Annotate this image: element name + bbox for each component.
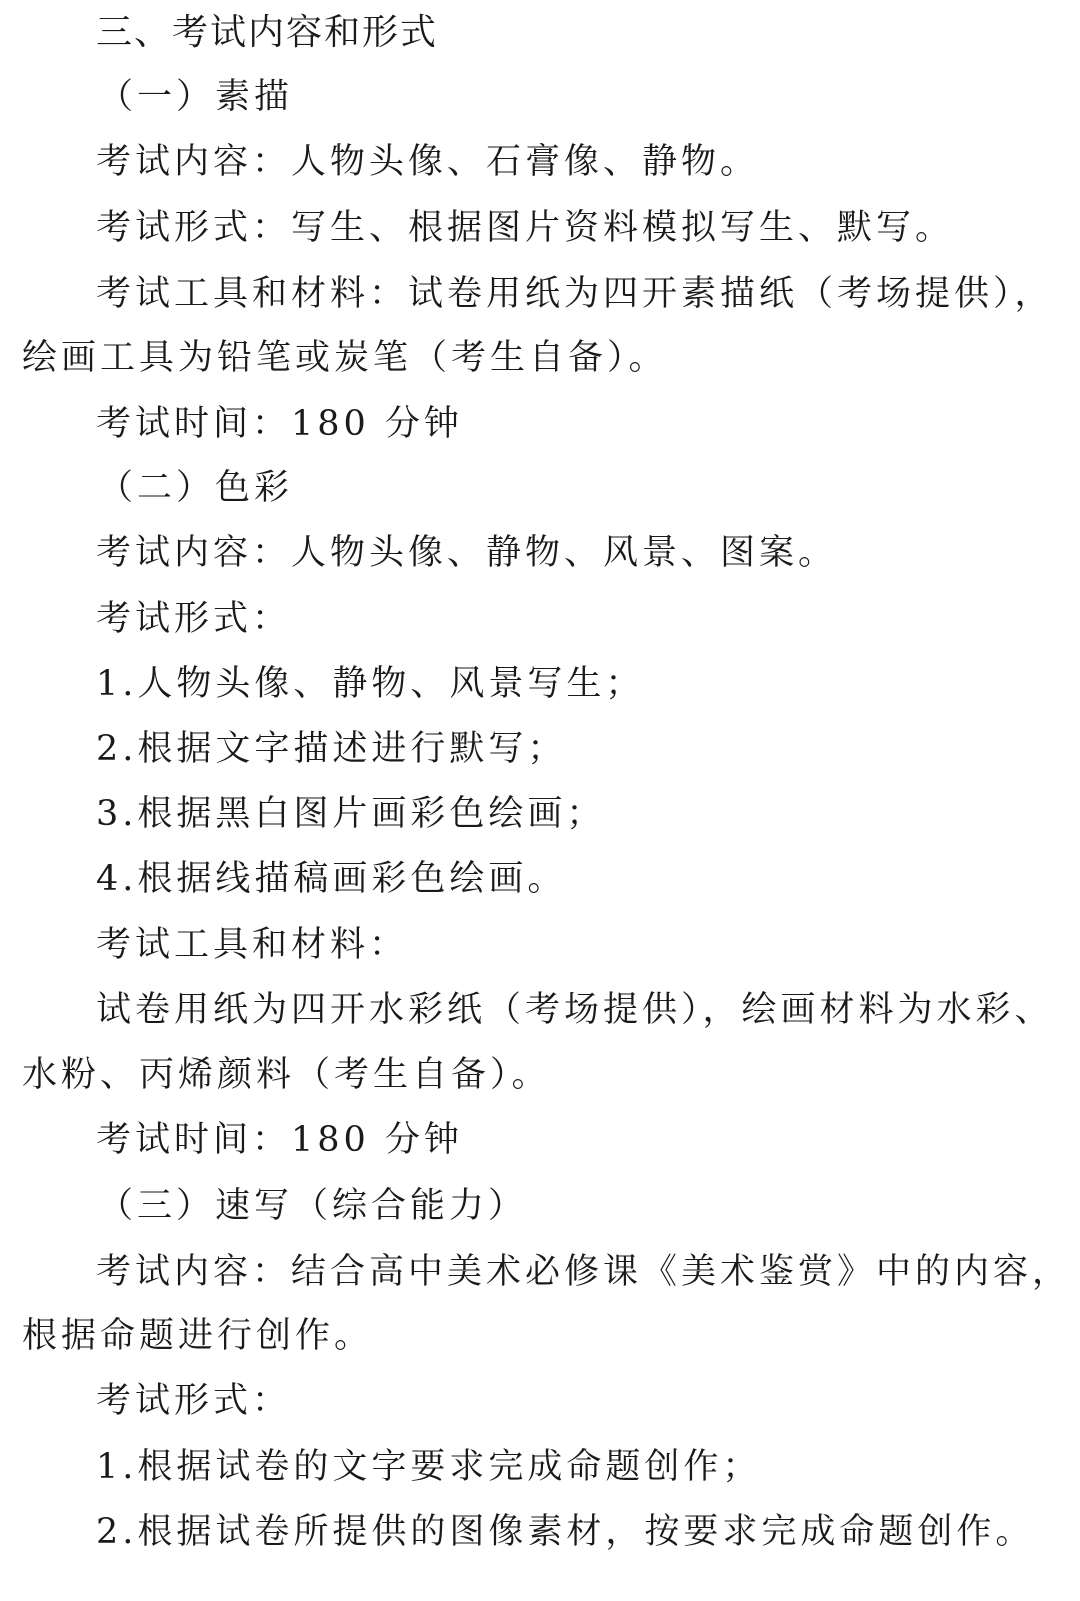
part-1-tools-line-2: 绘画工具为铅笔或炭笔（考生自备）。: [0, 326, 1080, 391]
part-3-form-label: 考试形式：: [0, 1369, 1080, 1434]
part-1-time: 考试时间：180 分钟: [0, 392, 1080, 457]
part-1-heading: （一）素描: [0, 65, 1080, 130]
part-3-content-line-1: 考试内容：结合高中美术必修课《美术鉴赏》中的内容，: [0, 1240, 1080, 1305]
part-1-tools-line-1: 考试工具和材料：试卷用纸为四开素描纸（考场提供），: [0, 262, 1080, 327]
part-2-tools-line-1: 试卷用纸为四开水彩纸（考场提供），绘画材料为水彩、: [0, 978, 1080, 1043]
part-2-time: 考试时间：180 分钟: [0, 1108, 1080, 1173]
part-2-form-item: 1.人物头像、静物、风景写生；: [0, 652, 1080, 717]
part-2-form-item: 3.根据黑白图片画彩色绘画；: [0, 782, 1080, 847]
part-2-heading: （二）色彩: [0, 456, 1080, 521]
section-title: 三、考试内容和形式: [0, 0, 1080, 65]
part-3-form-item: 2.根据试卷所提供的图像素材，按要求完成命题创作。: [0, 1500, 1080, 1565]
part-2-tools-label: 考试工具和材料：: [0, 913, 1080, 978]
part-2-tools-line-2: 水粉、丙烯颜料（考生自备）。: [0, 1043, 1080, 1108]
part-2-form-item: 2.根据文字描述进行默写；: [0, 717, 1080, 782]
part-3-content-line-2: 根据命题进行创作。: [0, 1304, 1080, 1369]
part-3-form-item: 1.根据试卷的文字要求完成命题创作；: [0, 1435, 1080, 1500]
part-1-form: 考试形式：写生、根据图片资料模拟写生、默写。: [0, 196, 1080, 261]
part-1-content: 考试内容：人物头像、石膏像、静物。: [0, 130, 1080, 195]
part-3-heading: （三）速写（综合能力）: [0, 1174, 1080, 1239]
document-page: 三、考试内容和形式 （一）素描 考试内容：人物头像、石膏像、静物。 考试形式：写…: [0, 0, 1080, 1601]
part-2-form-label: 考试形式：: [0, 587, 1080, 652]
part-2-content: 考试内容：人物头像、静物、风景、图案。: [0, 521, 1080, 586]
part-2-form-item: 4.根据线描稿画彩色绘画。: [0, 847, 1080, 912]
